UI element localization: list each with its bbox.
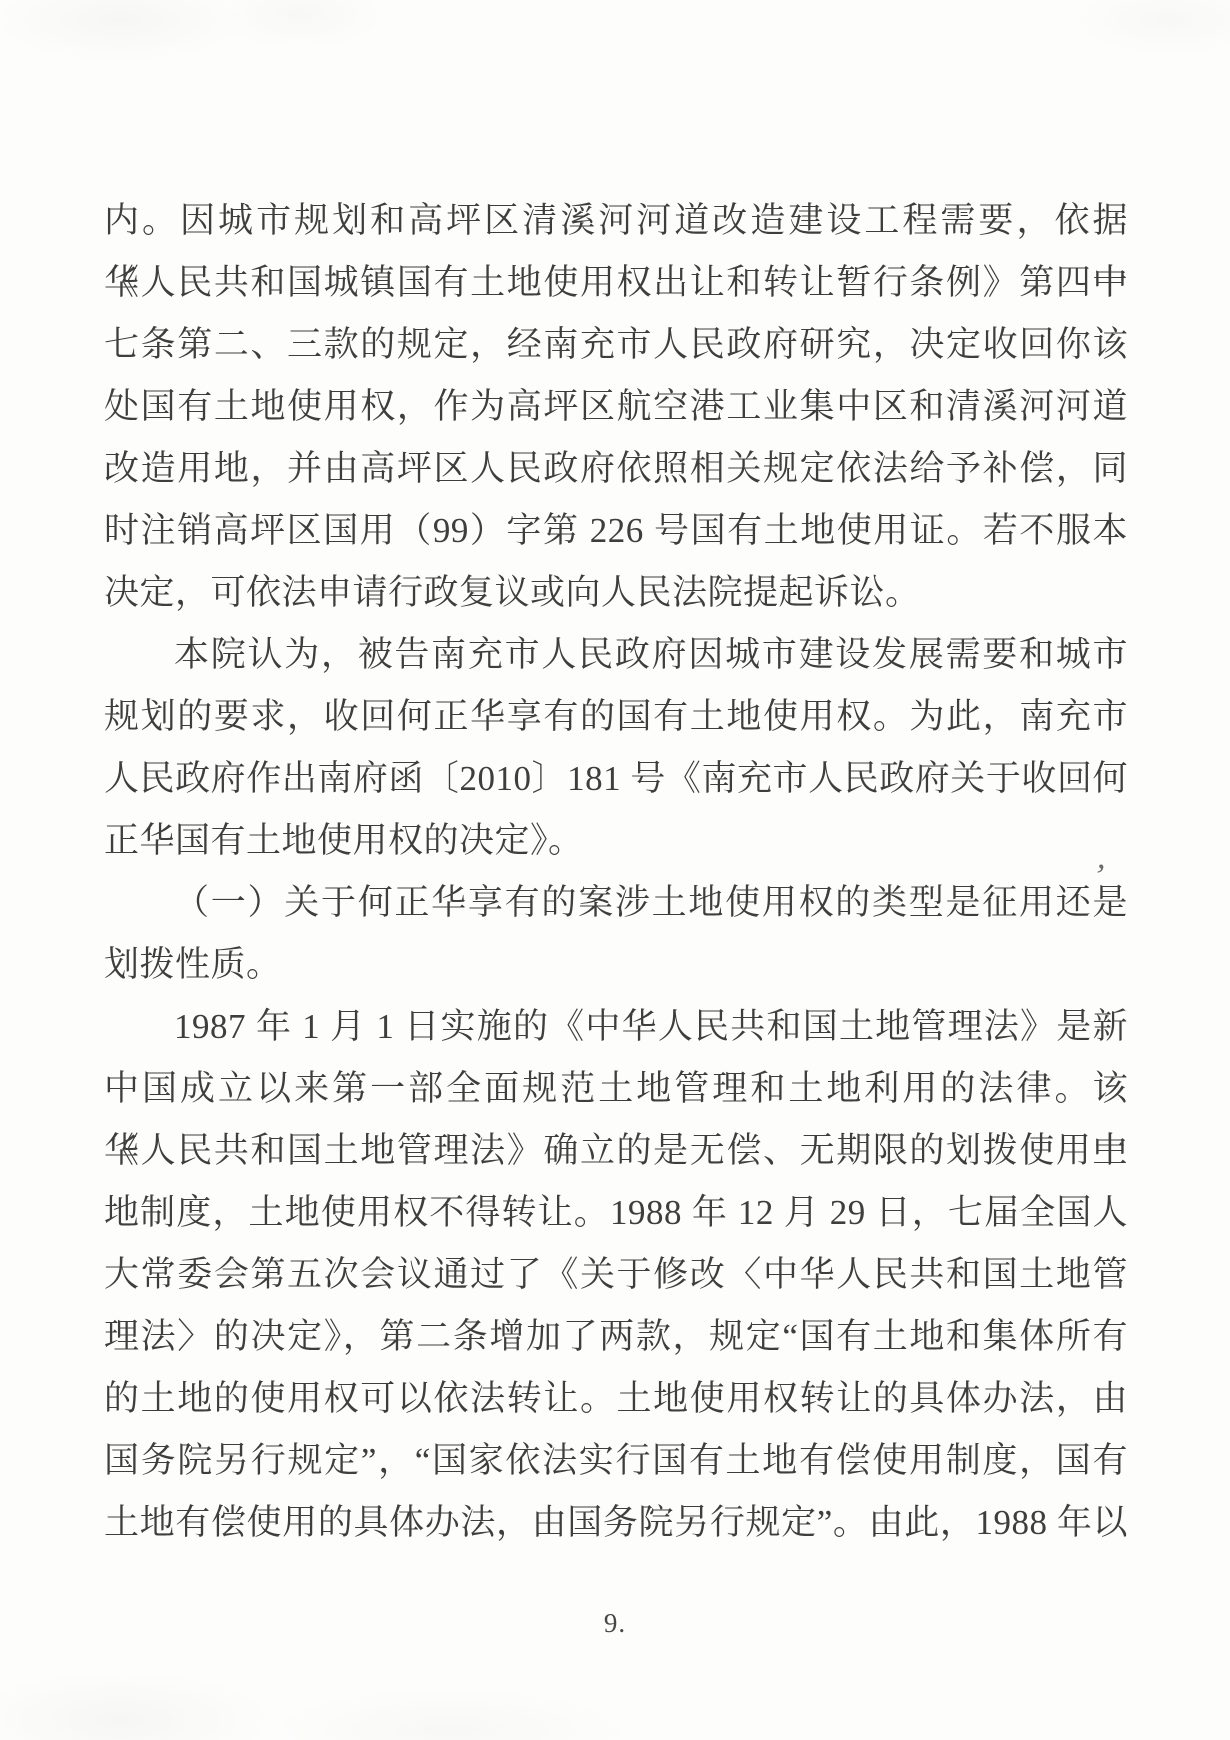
text-line-14: 1987 年 1 月 1 日实施的《中华人民共和国土地管理法》是新	[104, 996, 1128, 1058]
text-line-20: 的土地的使用权可以依法转让。土地使用权转让的具体办法，由	[104, 1368, 1128, 1430]
text-line-18: 大常委会第五次会议通过了《关于修改〈中华人民共和国土地管	[104, 1244, 1128, 1306]
text-line-6: 时注销高坪区国用（99）字第 226 号国有土地使用证。若不服本	[104, 500, 1128, 562]
text-line-1: 内。因城市规划和高坪区清溪河河道改造建设工程需要，依据《中	[104, 190, 1128, 252]
text-line-10: 人民政府作出南府函〔2010〕181 号《南充市人民政府关于收回何	[104, 748, 1128, 810]
text-line-19: 理法〉的决定》，第二条增加了两款，规定“国有土地和集体所有	[104, 1306, 1128, 1368]
text-line-7: 决定，可依法申请行政复议或向人民法院提起诉讼。	[104, 562, 1128, 624]
page-number: 9.	[0, 1608, 1230, 1639]
text-line-3: 七条第二、三款的规定，经南充市人民政府研究，决定收回你该	[104, 314, 1128, 376]
text-line-15: 中国成立以来第一部全面规范土地管理和土地利用的法律。该《中	[104, 1058, 1128, 1120]
text-line-12: （一）关于何正华享有的案涉土地使用权的类型是征用还是	[104, 872, 1128, 934]
text-line-16: 华人民共和国土地管理法》确立的是无偿、无期限的划拨使用土	[104, 1120, 1128, 1182]
document-page: 内。因城市规划和高坪区清溪河河道改造建设工程需要，依据《中 华人民共和国城镇国有…	[0, 0, 1230, 1740]
text-line-17: 地制度，土地使用权不得转让。1988 年 12 月 29 日，七届全国人	[104, 1182, 1128, 1244]
text-line-9: 规划的要求，收回何正华享有的国有土地使用权。为此，南充市	[104, 686, 1128, 748]
text-line-22: 土地有偿使用的具体办法，由国务院另行规定”。由此，1988 年以	[104, 1492, 1128, 1554]
text-line-11: 正华国有土地使用权的决定》。	[104, 810, 1128, 872]
text-line-4: 处国有土地使用权，作为高坪区航空港工业集中区和清溪河河道	[104, 376, 1128, 438]
text-line-13: 划拨性质。	[104, 934, 1128, 996]
scan-smudge-bottom-left	[0, 1560, 700, 1740]
text-line-2: 华人民共和国城镇国有土地使用权出让和转让暂行条例》第四十	[104, 252, 1128, 314]
scan-smudge-top-right	[970, 0, 1230, 120]
text-line-21: 国务院另行规定”，“国家依法实行国有土地有偿使用制度，国有	[104, 1430, 1128, 1492]
body-text: 内。因城市规划和高坪区清溪河河道改造建设工程需要，依据《中 华人民共和国城镇国有…	[104, 190, 1128, 1554]
text-line-8: 本院认为，被告南充市人民政府因城市建设发展需要和城市	[104, 624, 1128, 686]
scan-smudge-top-left	[0, 0, 420, 140]
text-line-5: 改造用地，并由高坪区人民政府依照相关规定依法给予补偿，同	[104, 438, 1128, 500]
